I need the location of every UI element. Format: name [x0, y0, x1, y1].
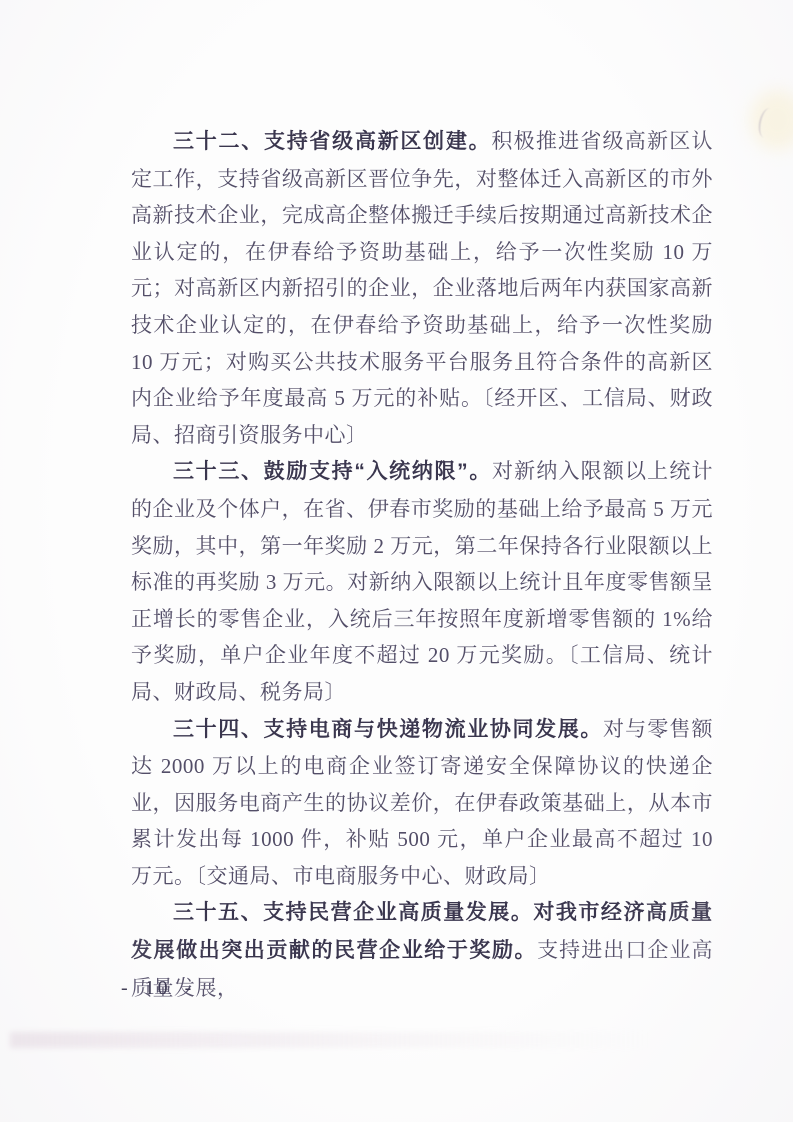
paragraph-32-body: 积极推进省级高新区认定工作，支持省级高新区晋位争先，对整体迁入高新区的市外高新技…: [131, 129, 713, 447]
paragraph-35-heading: 三十五、支持民营企业高质量发展。: [173, 901, 533, 924]
scan-smudge-artifact: [10, 1032, 650, 1048]
scan-curve-artifact: [756, 107, 778, 140]
paragraph-33: 三十三、鼓励支持“入统纳限”。对新纳入限额以上统计的企业及个体户，在省、伊春市奖…: [131, 453, 713, 710]
paragraph-33-heading: 三十三、鼓励支持“入统纳限”。: [173, 460, 492, 483]
scan-stain-artifact: [750, 90, 793, 150]
document-page: 三十二、支持省级高新区创建。积极推进省级高新区认定工作，支持省级高新区晋位争先，…: [0, 0, 793, 1122]
paragraph-35: 三十五、支持民营企业高质量发展。对我市经济高质量发展做出突出贡献的民营企业给于奖…: [131, 894, 713, 1006]
document-body: 三十二、支持省级高新区创建。积极推进省级高新区认定工作，支持省级高新区晋位争先，…: [131, 123, 713, 1006]
paragraph-32: 三十二、支持省级高新区创建。积极推进省级高新区认定工作，支持省级高新区晋位争先，…: [131, 123, 713, 453]
page-number: - 10 -: [121, 977, 194, 1000]
paragraph-33-body: 对新纳入限额以上统计的企业及个体户，在省、伊春市奖励的基础上给予最高 5 万元奖…: [131, 459, 713, 704]
paragraph-34-body: 对与零售额达 2000 万以上的电商企业签订寄递安全保障协议的快递企业，因服务电…: [131, 717, 713, 888]
paragraph-34-heading: 三十四、支持电商与快递物流业协同发展。: [173, 718, 603, 741]
paragraph-34: 三十四、支持电商与快递物流业协同发展。对与零售额达 2000 万以上的电商企业签…: [131, 711, 713, 895]
paragraph-32-heading: 三十二、支持省级高新区创建。: [173, 130, 491, 153]
